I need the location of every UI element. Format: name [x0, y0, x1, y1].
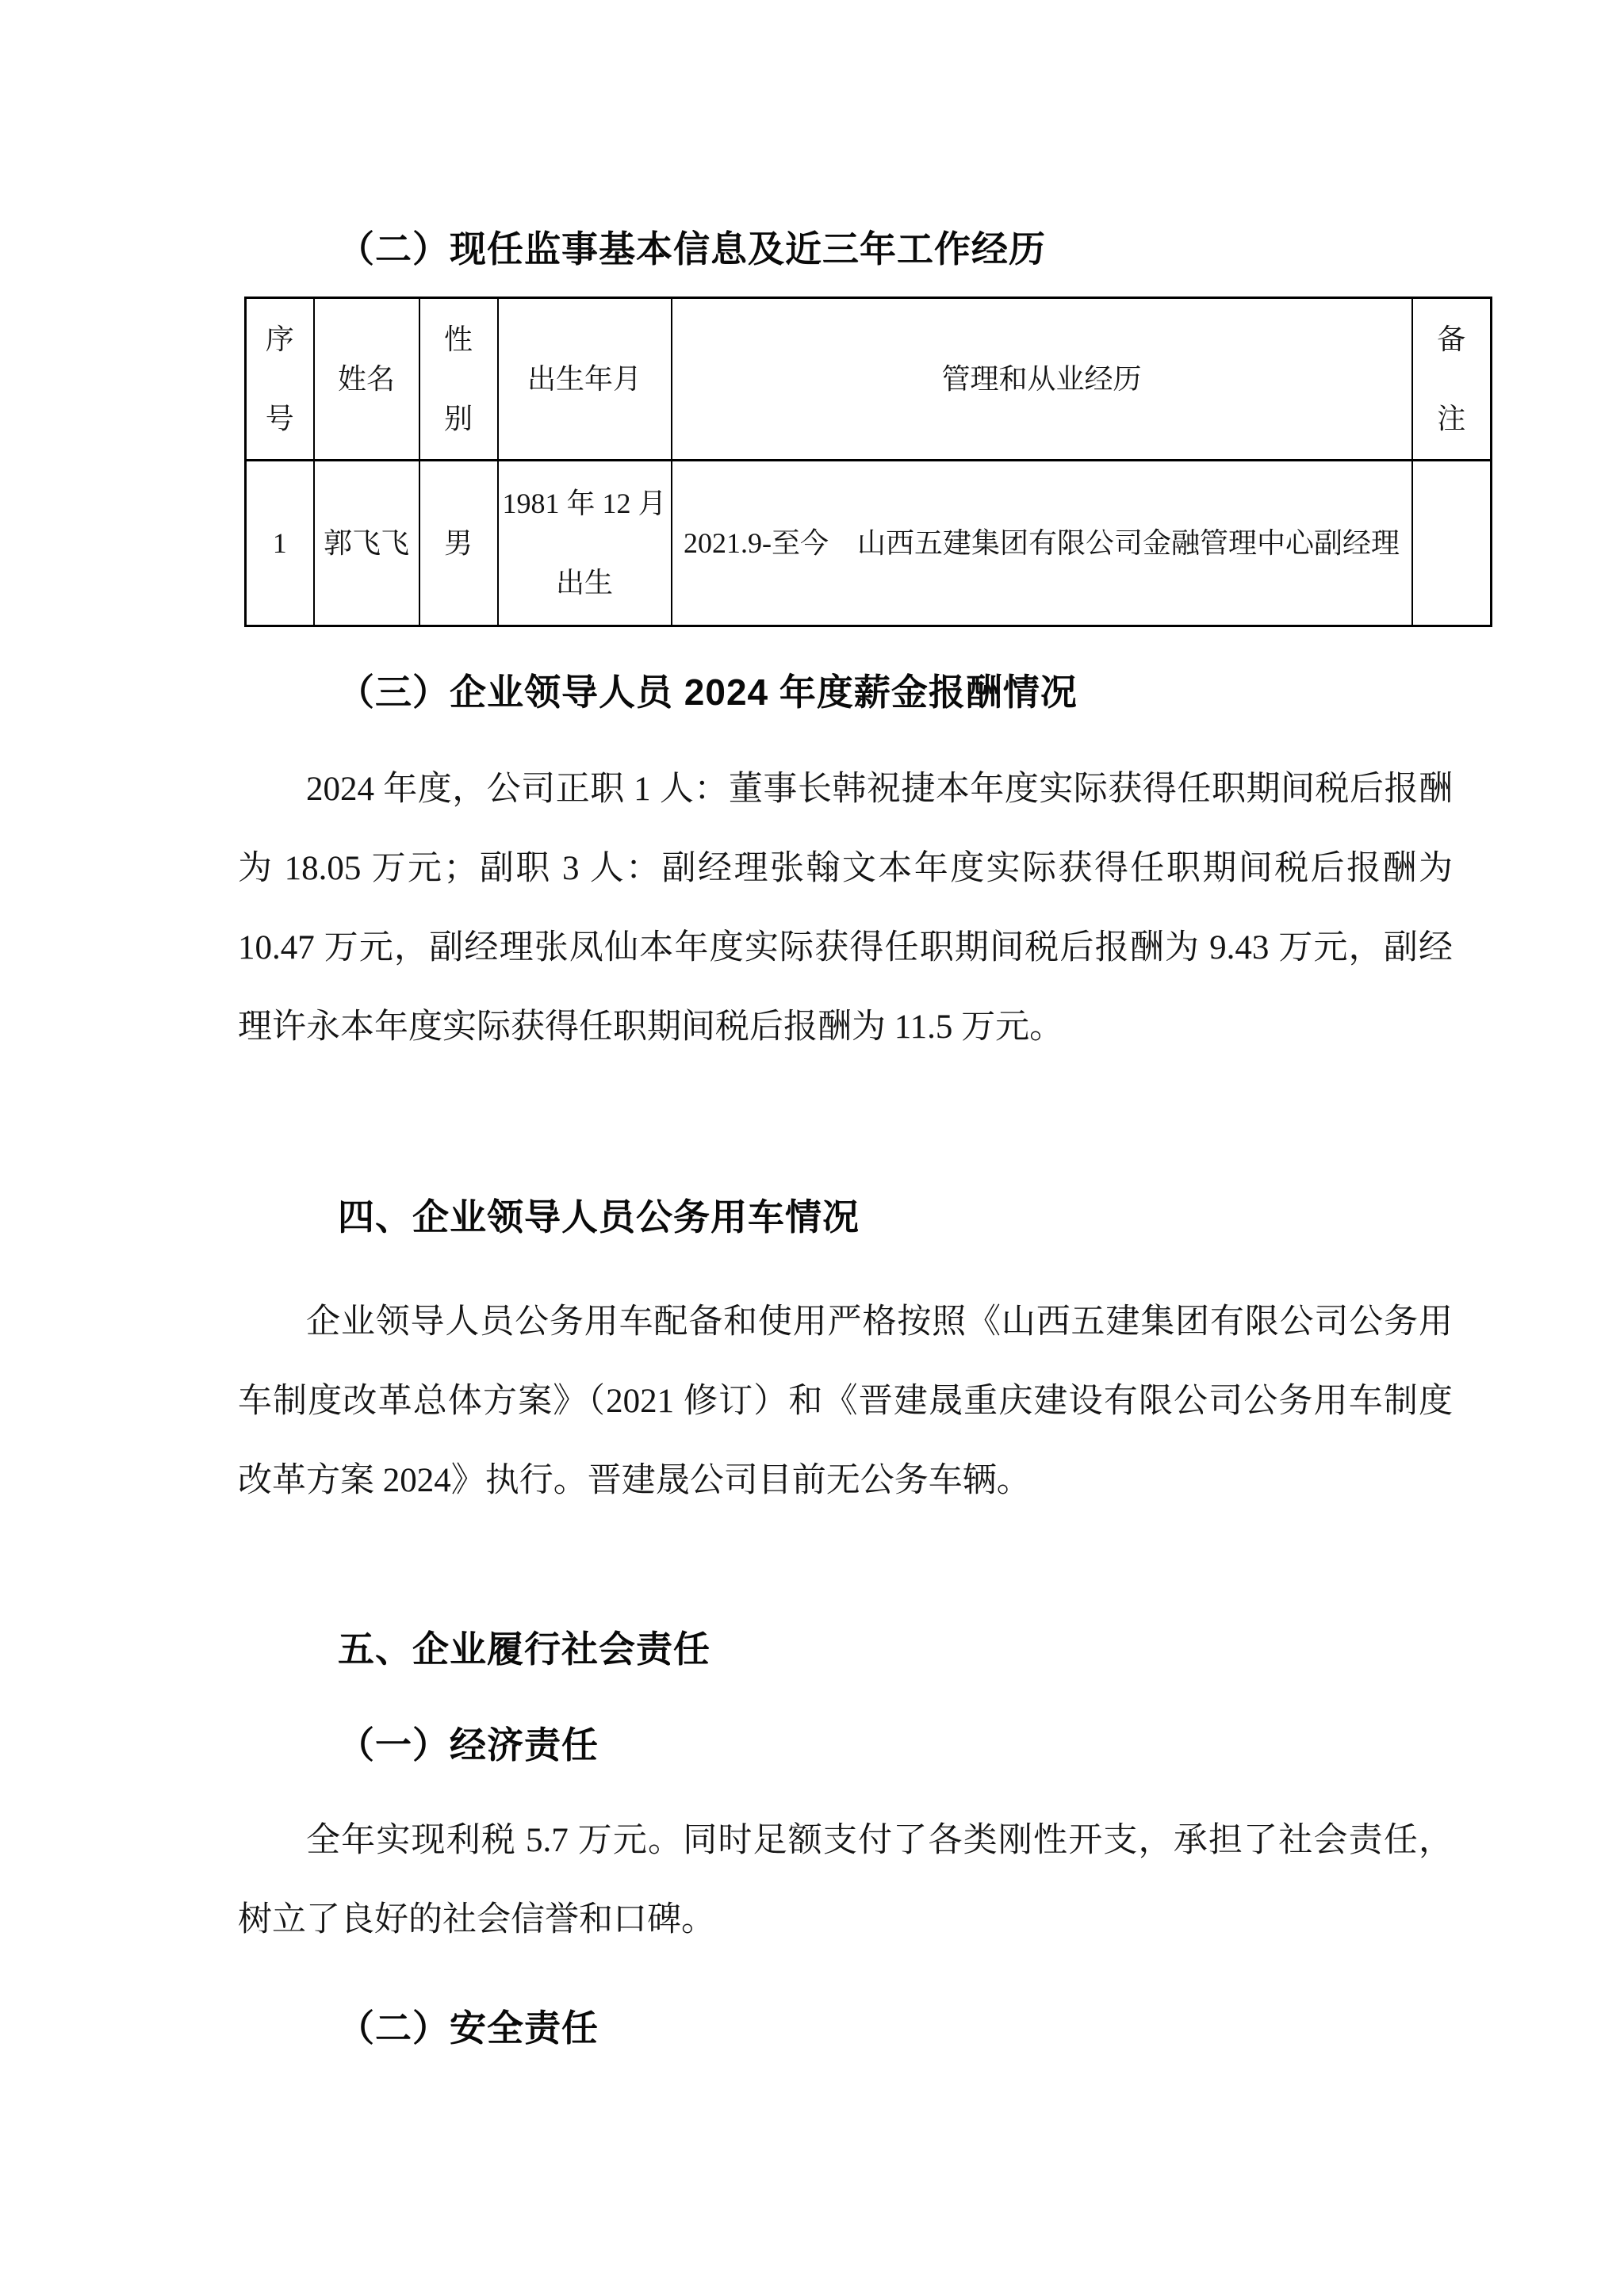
- col-header-index-label: 序号: [263, 300, 297, 458]
- col-header-note: 备注: [1412, 298, 1492, 461]
- col-header-index: 序号: [246, 298, 314, 461]
- supervisors-table: 序号 姓名 性别 出生年月 管理和从业经历 备注 1 郭飞飞 男 1981 年 …: [244, 297, 1492, 627]
- heading-supervisors-info: （二）现任监事基本信息及近三年工作经历: [238, 228, 1559, 270]
- paragraph-salary: 2024 年度，公司正职 1 人：董事长韩祝捷本年度实际获得任职期间税后报酬为 …: [238, 750, 1453, 1067]
- col-header-birth: 出生年月: [498, 298, 672, 461]
- heading-vehicles: 四、企业领导人员公务用车情况: [238, 1196, 1559, 1238]
- heading-safety-responsibility: （二）安全责任: [238, 2007, 1559, 2049]
- col-header-gender-label: 性别: [442, 300, 475, 458]
- cell-gender: 男: [419, 461, 498, 626]
- table-header-row: 序号 姓名 性别 出生年月 管理和从业经历 备注: [246, 298, 1492, 461]
- cell-note: [1412, 461, 1492, 626]
- col-header-name: 姓名: [314, 298, 419, 461]
- col-header-gender: 性别: [419, 298, 498, 461]
- paragraph-economic: 全年实现利税 5.7 万元。同时足额支付了各类刚性开支，承担了社会责任，树立了良…: [238, 1801, 1453, 1960]
- cell-birth: 1981 年 12 月出生: [498, 461, 672, 626]
- heading-social-responsibility: 五、企业履行社会责任: [238, 1628, 1559, 1670]
- cell-experience: 2021.9-至今 山西五建集团有限公司金融管理中心副经理: [672, 461, 1412, 626]
- heading-salary: （三）企业领导人员 2024 年度薪金报酬情况: [238, 672, 1559, 714]
- paragraph-vehicles: 企业领导人员公务用车配备和使用严格按照《山西五建集团有限公司公务用车制度改革总体…: [238, 1283, 1453, 1521]
- col-header-experience: 管理和从业经历: [672, 298, 1412, 461]
- heading-economic-responsibility: （一）经济责任: [238, 1724, 1559, 1766]
- document-page: （二）现任监事基本信息及近三年工作经历 序号 姓名 性别 出生年月 管理和从业经…: [0, 0, 1624, 2296]
- col-header-note-label: 备注: [1434, 300, 1468, 458]
- cell-index: 1: [246, 461, 314, 626]
- table-row: 1 郭飞飞 男 1981 年 12 月出生 2021.9-至今 山西五建集团有限…: [246, 461, 1492, 626]
- cell-name: 郭飞飞: [314, 461, 419, 626]
